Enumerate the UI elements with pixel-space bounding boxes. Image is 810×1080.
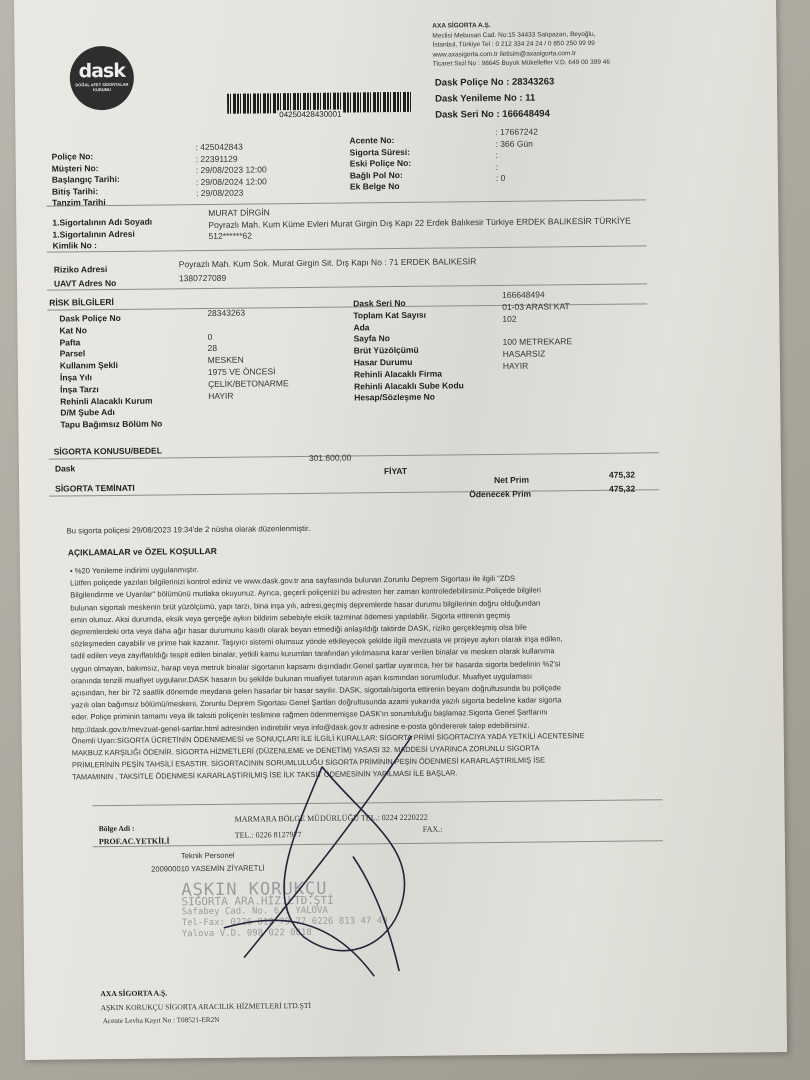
company-line: Ticaret Sicil No : 98645 Buyuk Mükellefl… — [433, 58, 610, 69]
field-label: Riziko Adresi — [54, 264, 108, 275]
field-label: İnşa Yılı — [60, 372, 92, 382]
field-label: Tapu Bağımsız Bölüm No — [60, 419, 162, 430]
field-label: Toplam Kat Sayısı — [353, 310, 426, 321]
field-value: 28 — [208, 343, 218, 353]
field-label: Kimlik No : — [53, 240, 98, 250]
field-label: Brüt Yüzölçümü — [354, 345, 419, 356]
footer-company: AXA SİGORTA A.Ş. — [100, 988, 167, 998]
field-label: Hasar Durumu — [354, 357, 413, 368]
field-value: : 17667242 — [495, 127, 538, 137]
field-value: 102 — [502, 313, 516, 323]
field-label: Bağlı Pol No: — [350, 169, 403, 180]
field-label: 1.Sigortalının Adresi — [52, 228, 134, 239]
field-value: 01-03 ARASI KAT — [502, 301, 570, 312]
field-value: : 0 — [496, 173, 506, 183]
field-value: : 22391129 — [196, 153, 238, 163]
field-label: Bitiş Tarihi: — [52, 186, 98, 196]
field-label: UAVT Adres No — [54, 278, 116, 289]
field-value: : 29/08/2023 — [196, 188, 243, 198]
field-label: Sayfa No — [354, 333, 390, 343]
footer-agency: AŞKIN KORUKÇU SİGORTA ARACILIK HİZMETLER… — [101, 1001, 312, 1012]
field-label: Hesap/Sözleşme No — [354, 392, 435, 403]
field-value: MURAT DİRGİN — [208, 207, 270, 218]
payable-prim-value: 475,32 — [609, 484, 635, 494]
dask-identifiers: Dask Poliçe No : 28343263 Dask Yenileme … — [435, 74, 555, 123]
field-label: Rehinli Alacaklı Firma — [354, 368, 442, 379]
field-value: HAYIR — [208, 390, 233, 400]
field-label: Acente No: — [349, 135, 394, 145]
field-label: Rehinli Alacaklı Sube Kodu — [354, 380, 464, 391]
divider — [49, 489, 659, 496]
field-value: 1380727089 — [179, 273, 226, 283]
net-prim-label: Net Prim — [494, 475, 529, 485]
field-value: 1975 VE ÖNCESİ — [208, 366, 276, 377]
field-label: Kullanım Şekli — [60, 360, 118, 371]
company-line: İstanbul, Türkiye Tel : 0 212 334 24 24 … — [432, 39, 609, 50]
logo-subtitle: DOĞAL AFET SİGORTALAR KURUMU — [70, 82, 134, 93]
field-value: 166648494 — [502, 289, 545, 299]
coverage-item-label: Dask — [55, 463, 75, 473]
coverage-teminat-label: SİGORTA TEMİNATI — [55, 483, 135, 494]
field-label: Başlangıç Tarihi: — [52, 174, 120, 185]
payable-prim-label: Ödenecek Prim — [469, 489, 531, 500]
divider — [47, 283, 647, 290]
field-value: HASARSIZ — [503, 348, 546, 358]
barcode-number: 04250428430001 — [277, 110, 343, 120]
field-value: HAYIR — [503, 360, 528, 370]
field-label: Parsel — [60, 349, 86, 359]
divider — [46, 199, 646, 206]
price-header: FİYAT — [384, 466, 407, 476]
dask-policy-no: Dask Poliçe No : 28343263 — [435, 74, 555, 91]
field-value: 512******62 — [208, 231, 252, 241]
risk-info-title: RİSK BİLGİLERİ — [49, 297, 114, 308]
field-label: Eski Poliçe No: — [350, 158, 412, 169]
field-value: ÇELİK/BETONARME — [208, 378, 289, 389]
notes-title: AÇIKLAMALAR ve ÖZEL KOŞULLAR — [68, 546, 217, 558]
field-label: Ek Belge No — [350, 181, 400, 192]
field-value: 0 — [207, 332, 212, 342]
field-label: 1.Sigortalının Adı Soyadı — [52, 217, 152, 228]
insurance-policy-document: dask DOĞAL AFET SİGORTALAR KURUMU AXA Sİ… — [14, 0, 787, 1060]
net-prim-value: 475,32 — [609, 470, 635, 480]
field-label: Sigorta Süresi: — [350, 146, 411, 157]
field-value: Poyrazlı Mah. Kum Sok. Murat Girgin Sit.… — [179, 256, 477, 269]
field-label: Dask Poliçe No — [59, 313, 121, 324]
field-label: Pafta — [60, 337, 81, 347]
logo-brand: dask — [70, 60, 134, 83]
field-label: D/M Şube Adı — [60, 407, 115, 418]
field-value: Poyrazlı Mah. Kum Küme Evleri Murat Girg… — [208, 215, 631, 229]
field-value: 100 METREKARE — [503, 336, 573, 347]
field-label: Ada — [353, 322, 369, 332]
dask-renewal-no: Dask Yenileme No : 11 — [435, 90, 555, 107]
field-value: : — [496, 150, 498, 160]
coverage-item-value: 301.600,00 — [309, 452, 352, 462]
dask-serial-no: Dask Seri No : 166648494 — [435, 106, 555, 123]
field-value: : 425042843 — [195, 142, 242, 152]
field-value: : 29/08/2024 12:00 — [196, 176, 267, 187]
field-value: MESKEN — [208, 355, 244, 365]
field-label: Müşteri No: — [52, 163, 99, 173]
field-label: Poliçe No: — [52, 151, 94, 161]
field-value: : 366 Gün — [495, 138, 532, 148]
company-info: AXA SİGORTA A.Ş. Meclisi Mebusan Cad. No… — [432, 20, 610, 69]
field-label: Kat No — [59, 325, 86, 335]
field-value: : 29/08/2023 12:00 — [196, 164, 267, 175]
field-value: 28343263 — [207, 308, 245, 318]
field-value: : — [496, 161, 498, 171]
footer-license: Acente Levha Kayıt No : T08521-ER2N — [103, 1016, 220, 1025]
field-label: Rehinli Alacaklı Kurum — [60, 395, 152, 406]
signature — [201, 695, 464, 998]
field-label: İnşa Tarzı — [60, 384, 99, 394]
field-label: Dask Seri No — [353, 298, 406, 309]
coverage-title: SİGORTA KONUSU/BEDEL — [54, 445, 162, 456]
dask-logo: dask DOĞAL AFET SİGORTALAR KURUMU — [69, 46, 134, 111]
divider — [47, 245, 647, 252]
issue-note: Bu sigorta poliçesi 29/08/2023 19:34'de … — [67, 524, 311, 536]
region-label: Bölge Adi : — [99, 824, 135, 833]
